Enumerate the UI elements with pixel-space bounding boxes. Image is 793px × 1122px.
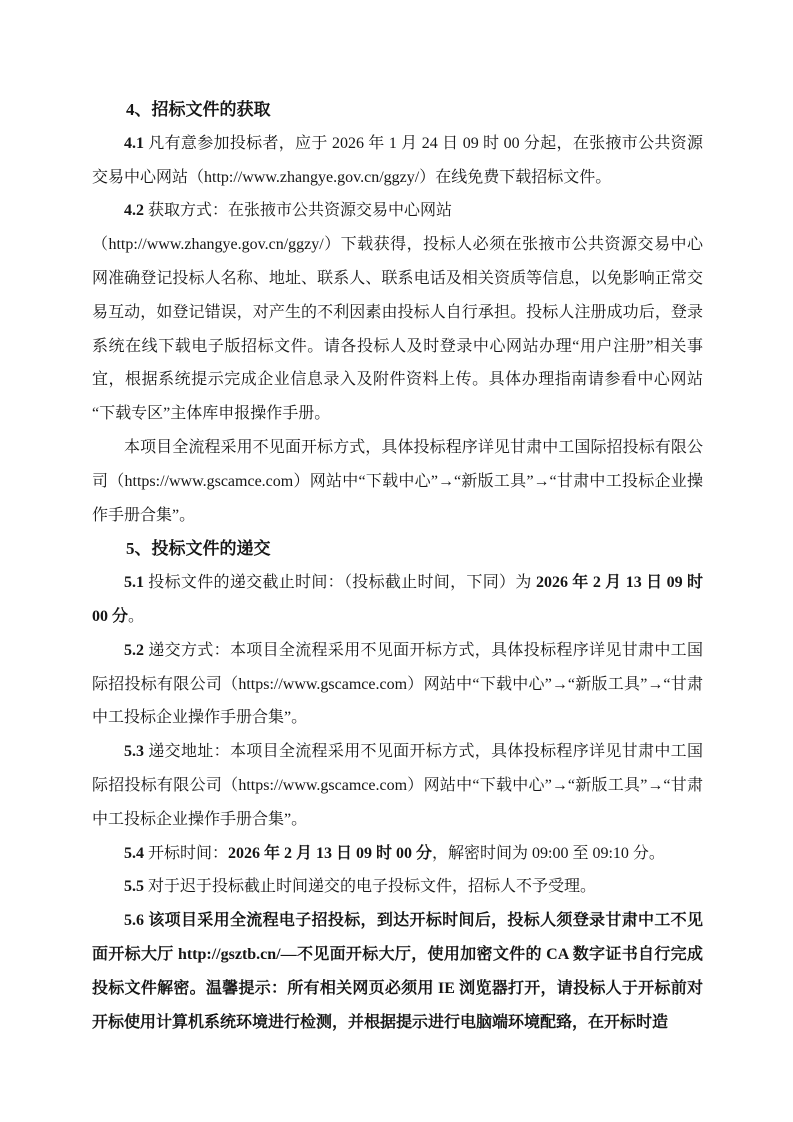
section-5-heading: 5、投标文件的递交	[92, 532, 703, 566]
section-4-heading: 4、招标文件的获取	[92, 93, 703, 127]
text-run: 投标文件的递交截止时间：（投标截止时间，下同）为	[144, 574, 536, 591]
text-run: （http://www.zhangye.gov.cn/ggzy/）下载获得，投标…	[92, 236, 703, 422]
text-run-bold: 4、招标文件的获取	[126, 100, 271, 119]
document-page: 4、招标文件的获取4.1 凡有意参加投标者，应于 2026 年 1 月 24 日…	[0, 0, 793, 1122]
text-run: ，解密时间为 09:00 至 09:10 分。	[432, 845, 665, 862]
para-4-2: 4.2 获取方式：在张掖市公共资源交易中心网站（http://www.zhang…	[92, 194, 703, 431]
text-run: 递交地址：本项目全流程采用不见面开标方式，具体投标程序详见甘肃中工国际招投标有限…	[92, 743, 703, 828]
text-run-bold: 5.1	[124, 574, 144, 591]
para-5-3: 5.3 递交地址：本项目全流程采用不见面开标方式，具体投标程序详见甘肃中工国际招…	[92, 735, 703, 836]
document-body: 4、招标文件的获取4.1 凡有意参加投标者，应于 2026 年 1 月 24 日…	[92, 93, 703, 1039]
text-run: 本项目全流程采用不见面开标方式，具体投标程序详见甘肃中工国际招投标有限公司（ht…	[92, 439, 703, 524]
text-run-bold: 5.4	[124, 845, 144, 862]
text-run-bold: 5、投标文件的递交	[126, 539, 271, 558]
para-5-4: 5.4 开标时间：2026 年 2 月 13 日 09 时 00 分，解密时间为…	[92, 837, 703, 871]
text-run-bold: 2026 年 2 月 13 日 09 时 00 分	[228, 845, 432, 862]
text-run: 递交方式：本项目全流程采用不见面开标方式，具体投标程序详见甘肃中工国际招投标有限…	[92, 642, 703, 727]
para-4-1: 4.1 凡有意参加投标者，应于 2026 年 1 月 24 日 09 时 00 …	[92, 127, 703, 195]
text-run-bold: 4.2	[124, 202, 144, 219]
para-5-6: 5.6 该项目采用全流程电子招投标，到达开标时间后，投标人须登录甘肃中工不见面开…	[92, 904, 703, 1039]
text-run-bold: 5.2	[124, 642, 144, 659]
para-5-1: 5.1 投标文件的递交截止时间：（投标截止时间，下同）为 2026 年 2 月 …	[92, 566, 703, 634]
para-5-2: 5.2 递交方式：本项目全流程采用不见面开标方式，具体投标程序详见甘肃中工国际招…	[92, 634, 703, 735]
para-5-5: 5.5 对于迟于投标截止时间递交的电子投标文件，招标人不予受理。	[92, 870, 703, 904]
text-run-bold: 5.5	[124, 878, 144, 895]
text-run: 凡有意参加投标者，应于 2026 年 1 月 24 日 09 时 00 分起，在…	[92, 135, 703, 186]
text-run: 。	[128, 608, 144, 625]
text-run-bold: 5.6 该项目采用全流程电子招投标，到达开标时间后，投标人须登录甘肃中工不见面开…	[92, 912, 703, 1030]
text-run: 对于迟于投标截止时间递交的电子投标文件，招标人不予受理。	[144, 878, 596, 895]
text-run-bold: 5.3	[124, 743, 144, 760]
text-run: 获取方式：在张掖市公共资源交易中心网站	[144, 202, 452, 219]
para-4-offline-opening: 本项目全流程采用不见面开标方式，具体投标程序详见甘肃中工国际招投标有限公司（ht…	[92, 431, 703, 532]
text-run: 开标时间：	[144, 845, 228, 862]
text-run-bold: 4.1	[124, 135, 144, 152]
